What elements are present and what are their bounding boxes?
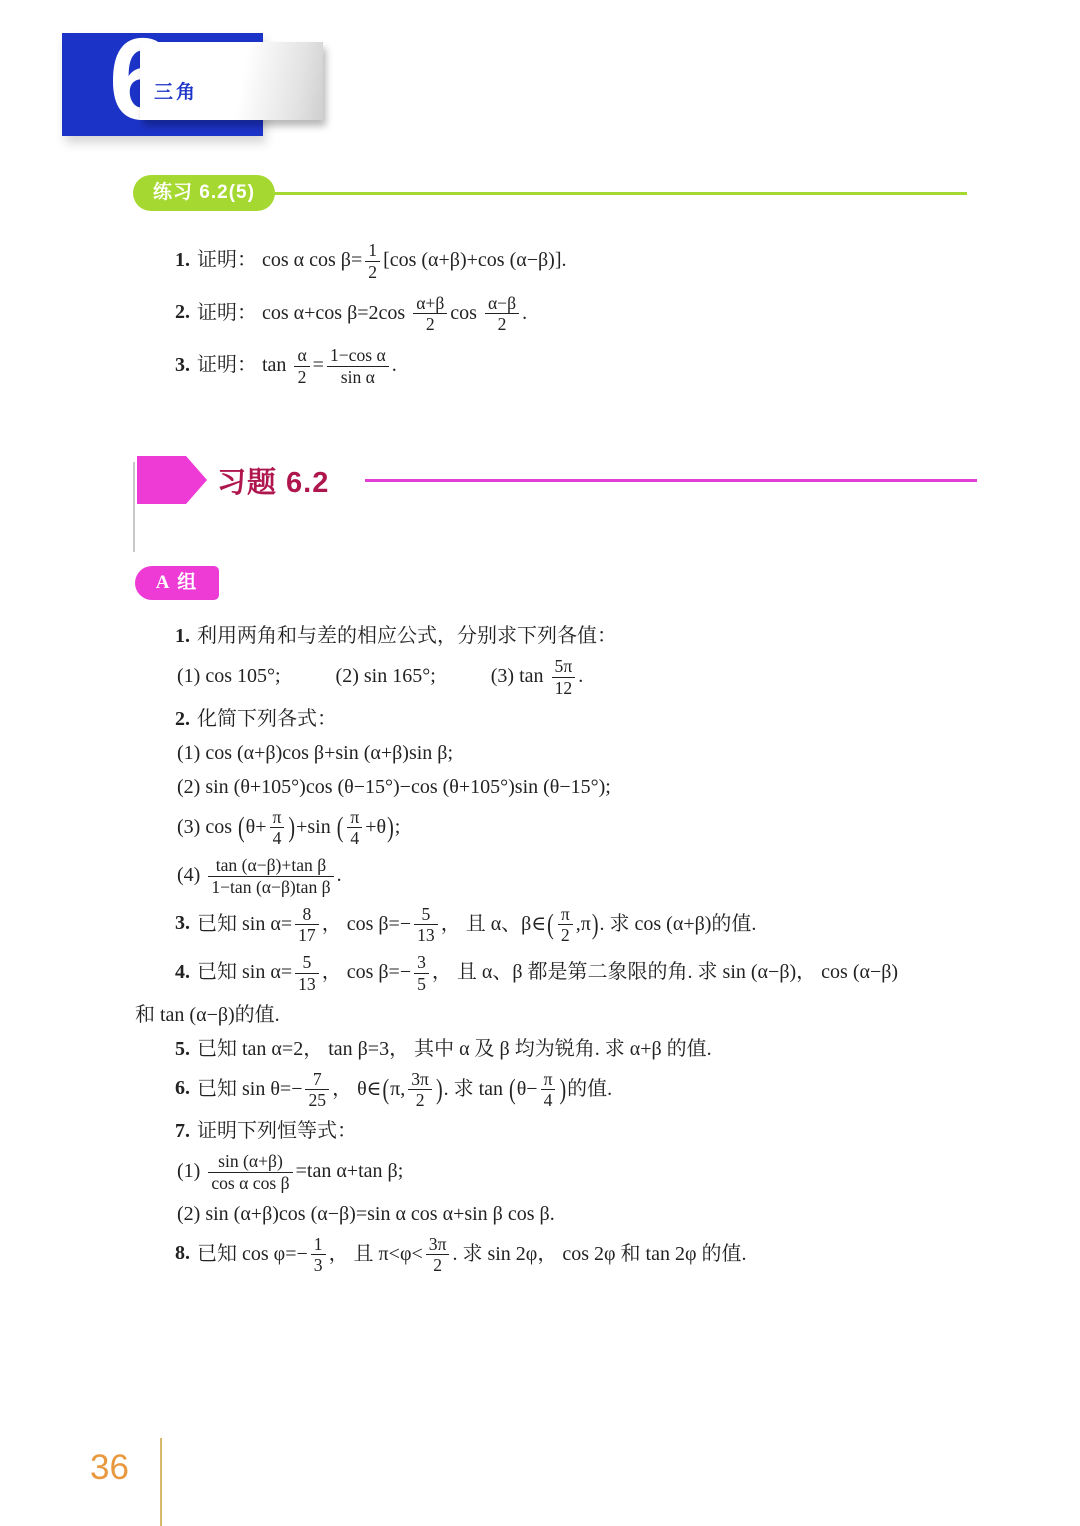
exercise-problem-2-2: (2) sin (θ+105°)cos (θ−15°)−cos (θ+105°)… [135, 773, 1035, 801]
fraction-numerator: 5π [552, 656, 576, 677]
fraction-numerator: sin (α+β) [208, 1151, 292, 1172]
fraction: α−β2 [485, 293, 519, 336]
fraction-denominator: 2 [408, 1089, 432, 1111]
practice-rule-line [271, 192, 967, 195]
math-text: . [578, 665, 583, 687]
fraction-numerator: 1 [365, 240, 380, 261]
big-paren: ( [238, 808, 245, 849]
math-text: θ− [517, 1077, 538, 1099]
fraction-numerator: α+β [413, 293, 447, 314]
page-number: 36 [90, 1448, 129, 1488]
practice-header: 练习 6.2(5) [133, 175, 967, 211]
big-paren: ) [288, 808, 295, 849]
big-paren: ( [337, 808, 344, 849]
math-text: (1) [177, 1160, 205, 1182]
exercise-title: 习题 6.2 [217, 460, 329, 501]
arrow-shadow-line [133, 462, 135, 552]
math-text: . 求 tan [444, 1077, 508, 1099]
math-text: cos [450, 301, 482, 323]
fraction-denominator: cos α cos β [208, 1172, 292, 1194]
problem-number: 5. [175, 1038, 190, 1060]
fraction-denominator: 2 [485, 313, 519, 335]
fraction-denominator: sin α [327, 366, 389, 388]
math-text: 证明： cos α cos β= [197, 249, 362, 271]
fraction-numerator: 8 [295, 904, 319, 925]
big-paren: ( [547, 905, 554, 946]
math-text: 已知 sin α= [197, 961, 292, 983]
fraction: sin (α+β)cos α cos β [208, 1151, 292, 1194]
chapter-title: 三角 [154, 77, 198, 104]
exercise-problem-8: 8.已知 cos φ=−13， 且 π<φ<3π2. 求 sin 2φ， cos… [135, 1234, 1035, 1277]
math-text: 已知 tan α=2， tan β=3， 其中 α 及 β 均为锐角. 求 α+… [197, 1038, 712, 1060]
exercise-problem-5: 5.已知 tan α=2， tan β=3， 其中 α 及 β 均为锐角. 求 … [135, 1035, 1035, 1063]
math-text: [cos (α+β)+cos (α−β)]. [383, 249, 566, 271]
problem-number: 4. [175, 961, 190, 983]
practice-problem-1: 1.证明： cos α cos β=12[cos (α+β)+cos (α−β)… [135, 240, 1015, 283]
fraction-denominator: 17 [295, 924, 319, 946]
fraction-numerator: 3π [426, 1234, 450, 1255]
fraction: π4 [541, 1069, 556, 1112]
problem-number: 6. [175, 1077, 190, 1099]
fraction: π4 [347, 807, 362, 850]
fraction-denominator: 2 [413, 313, 447, 335]
math-text: (4) [177, 864, 205, 886]
fraction-numerator: π [541, 1069, 556, 1090]
exercise-problem-2-4: (4) tan (α−β)+tan β1−tan (α−β)tan β. [135, 855, 1035, 898]
group-a-badge: A 组 [135, 566, 219, 600]
fraction-denominator: 2 [294, 366, 309, 388]
fraction: 12 [365, 240, 380, 283]
fraction-numerator: 7 [305, 1069, 329, 1090]
math-text: ,π [576, 912, 591, 934]
math-text: = [313, 354, 324, 376]
math-text: ， 且 α、β 都是第二象限的角. 求 sin (α−β)， cos (α−β) [432, 961, 898, 983]
math-text: (3) cos [177, 815, 237, 837]
big-paren: ) [592, 905, 599, 946]
fraction-numerator: 5 [414, 904, 438, 925]
fraction: π2 [558, 904, 573, 947]
math-text: . 求 cos (α+β)的值. [600, 912, 757, 934]
big-paren: ) [387, 808, 394, 849]
math-text: (3) tan [491, 665, 549, 687]
exercise-problem-4-cont: 和 tan (α−β)的值. [135, 1001, 1035, 1029]
exercise-problem-list: 1.利用两角和与差的相应公式，分别求下列各值：(1) cos 105°;(2) … [135, 616, 1035, 1282]
problem-number: 7. [175, 1120, 190, 1142]
footer-divider-line [160, 1438, 162, 1526]
exercise-problem-2-1: (1) cos (α+β)cos β+sin (α+β)sin β; [135, 739, 1035, 767]
math-text: . [337, 864, 342, 886]
practice-problem-list: 1.证明： cos α cos β=12[cos (α+β)+cos (α−β)… [135, 230, 1015, 398]
textbook-page: 6 三角 练习 6.2(5) 1.证明： cos α cos β=12[cos … [0, 0, 1080, 1526]
exercise-problem-7-1: (1) sin (α+β)cos α cos β=tan α+tan β; [135, 1151, 1035, 1194]
math-text: 已知 sin θ=− [197, 1077, 302, 1099]
fraction: 5π12 [552, 656, 576, 699]
math-text: 证明： cos α+cos β=2cos [197, 301, 410, 323]
fraction-numerator: 3π [408, 1069, 432, 1090]
exercise-problem-7: 7.证明下列恒等式： [135, 1117, 1035, 1145]
math-text: (1) cos (α+β)cos β+sin (α+β)sin β; [177, 742, 453, 764]
fraction-denominator: 25 [305, 1089, 329, 1111]
fraction-numerator: 3 [414, 952, 429, 973]
math-text: 证明下列恒等式： [197, 1120, 357, 1142]
fraction-denominator: 1−tan (α−β)tan β [208, 876, 333, 898]
math-text: 利用两角和与差的相应公式，分别求下列各值： [197, 625, 617, 647]
practice-badge: 练习 6.2(5) [133, 175, 275, 211]
fraction-denominator: 2 [426, 1254, 450, 1276]
fraction-denominator: 3 [311, 1254, 326, 1276]
fraction: α2 [294, 345, 309, 388]
fraction-denominator: 12 [552, 677, 576, 699]
math-text: . [392, 354, 397, 376]
math-text: ， θ∈ [332, 1077, 381, 1099]
fraction-denominator: 4 [347, 827, 362, 849]
math-text: +θ [365, 815, 386, 837]
fraction: 817 [295, 904, 319, 947]
fraction-denominator: 5 [414, 973, 429, 995]
fraction-numerator: α−β [485, 293, 519, 314]
math-text: (1) cos 105°; [177, 665, 281, 687]
math-text: θ+ [246, 815, 267, 837]
math-text: π, [390, 1077, 405, 1099]
problem-number: 2. [175, 301, 190, 323]
practice-problem-2: 2.证明： cos α+cos β=2cos α+β2cos α−β2. [135, 293, 1015, 336]
math-text: 已知 cos φ=− [197, 1242, 308, 1264]
fraction: 3π2 [408, 1069, 432, 1112]
math-text: 证明： tan [197, 354, 291, 376]
fraction-denominator: 13 [295, 973, 319, 995]
math-text: 化简下列各式： [197, 708, 337, 730]
math-text: . [522, 301, 527, 323]
fraction: 3π2 [426, 1234, 450, 1277]
math-text: ， 且 π<φ< [329, 1242, 423, 1264]
exercise-problem-2-3: (3) cos (θ+π4)+sin (π4+θ); [135, 807, 1035, 850]
fraction-numerator: π [558, 904, 573, 925]
big-paren: ( [382, 1070, 389, 1111]
fraction: 13 [311, 1234, 326, 1277]
problem-number: 8. [175, 1242, 190, 1264]
fraction: 1−cos αsin α [327, 345, 389, 388]
math-text: 已知 sin α= [197, 912, 292, 934]
fraction: π4 [270, 807, 285, 850]
fraction: 513 [295, 952, 319, 995]
fraction-denominator: 2 [558, 924, 573, 946]
math-text: 的值. [567, 1077, 612, 1099]
math-text: =tan α+tan β; [296, 1160, 404, 1182]
exercise-problem-3: 3.已知 sin α=817， cos β=−513， 且 α、β∈(π2,π)… [135, 904, 1035, 947]
fraction-denominator: 4 [541, 1089, 556, 1111]
problem-number: 2. [175, 708, 190, 730]
exercise-problem-4: 4.已知 sin α=513， cos β=−35， 且 α、β 都是第二象限的… [135, 952, 1035, 995]
fraction-numerator: 1−cos α [327, 345, 389, 366]
problem-number: 3. [175, 354, 190, 376]
fraction-numerator: π [347, 807, 362, 828]
fraction-numerator: 5 [295, 952, 319, 973]
exercise-problem-6: 6.已知 sin θ=−725， θ∈(π,3π2). 求 tan (θ−π4)… [135, 1069, 1035, 1112]
fraction: α+β2 [413, 293, 447, 336]
math-text: (2) sin 165°; [336, 665, 436, 687]
math-text: (2) sin (θ+105°)cos (θ−15°)−cos (θ+105°)… [177, 776, 611, 798]
arrow-icon [137, 456, 207, 504]
math-text: +sin [296, 815, 336, 837]
exercise-problem-2: 2.化简下列各式： [135, 705, 1035, 733]
practice-problem-3: 3.证明： tan α2=1−cos αsin α. [135, 345, 1015, 388]
chapter-title-band: 三角 [140, 42, 323, 120]
fraction: 725 [305, 1069, 329, 1112]
math-text: ， cos β=− [322, 961, 411, 983]
math-text: ， 且 α、β∈ [441, 912, 546, 934]
fraction: tan (α−β)+tan β1−tan (α−β)tan β [208, 855, 333, 898]
fraction-numerator: tan (α−β)+tan β [208, 855, 333, 876]
problem-number: 1. [175, 625, 190, 647]
math-text: ， cos β=− [322, 912, 411, 934]
fraction-denominator: 4 [270, 827, 285, 849]
exercise-header: 习题 6.2 [137, 456, 977, 506]
fraction-denominator: 13 [414, 924, 438, 946]
math-text: ; [395, 815, 401, 837]
big-paren: ( [509, 1070, 516, 1111]
math-text: . 求 sin 2φ， cos 2φ 和 tan 2φ 的值. [452, 1242, 746, 1264]
fraction: 513 [414, 904, 438, 947]
problem-number: 3. [175, 912, 190, 934]
fraction-numerator: 1 [311, 1234, 326, 1255]
math-text: (2) sin (α+β)cos (α−β)=sin α cos α+sin β… [177, 1203, 555, 1225]
fraction: 35 [414, 952, 429, 995]
problem-number: 1. [175, 249, 190, 271]
exercise-problem-1: 1.利用两角和与差的相应公式，分别求下列各值： [135, 622, 1035, 650]
fraction-numerator: π [270, 807, 285, 828]
math-text: 和 tan (α−β)的值. [135, 1004, 280, 1026]
exercise-rule-line [365, 479, 977, 482]
big-paren: ) [436, 1070, 443, 1111]
exercise-problem-1-items: (1) cos 105°;(2) sin 165°;(3) tan 5π12. [135, 656, 1035, 699]
fraction-denominator: 2 [365, 261, 380, 283]
big-paren: ) [559, 1070, 566, 1111]
fraction-numerator: α [294, 345, 309, 366]
exercise-problem-7-2: (2) sin (α+β)cos (α−β)=sin α cos α+sin β… [135, 1200, 1035, 1228]
